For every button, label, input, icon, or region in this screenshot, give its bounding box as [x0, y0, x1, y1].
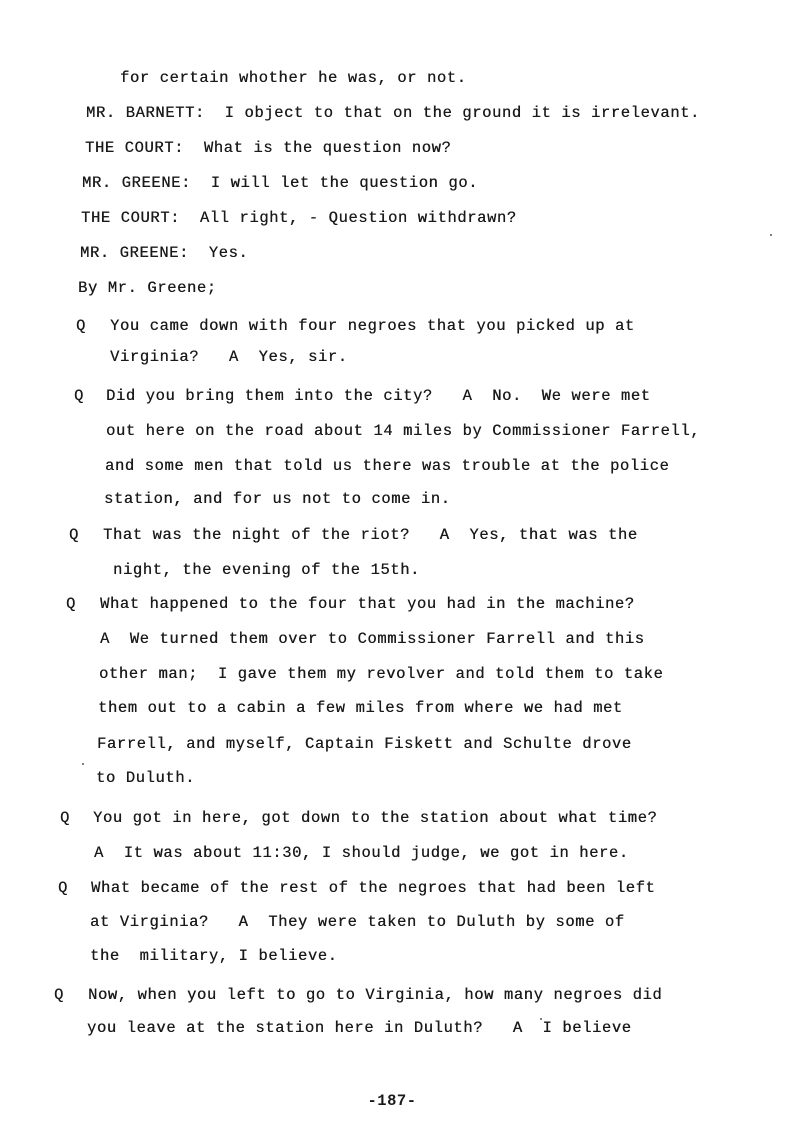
- question-marker: Q: [69, 525, 78, 545]
- page-number: -187-: [0, 1092, 784, 1110]
- transcript-line: Did you bring them into the city? A No. …: [106, 386, 651, 406]
- transcript-line: out here on the road about 14 miles by C…: [106, 421, 700, 441]
- transcript-line: That was the night of the riot? A Yes, t…: [103, 525, 638, 545]
- transcript-line: MR. BARNETT: I object to that on the gro…: [86, 103, 700, 123]
- transcript-line: for certain whother he was, or not.: [120, 68, 467, 88]
- transcript-line: night, the evening of the 15th.: [113, 560, 420, 580]
- transcript-line: THE COURT: What is the question now?: [85, 138, 451, 158]
- transcript-page: for certain whother he was, or not.MR. B…: [0, 0, 800, 1124]
- transcript-line: You came down with four negroes that you…: [110, 316, 635, 336]
- transcript-line: the military, I believe.: [90, 946, 338, 966]
- transcript-line: to Duluth.: [96, 768, 195, 788]
- transcript-line: station, and for us not to come in.: [104, 489, 451, 509]
- transcript-line: MR. GREENE: Yes.: [80, 243, 248, 263]
- question-marker: Q: [74, 386, 83, 406]
- transcript-line: A We turned them over to Commissioner Fa…: [100, 629, 645, 649]
- transcript-line: them out to a cabin a few miles from whe…: [98, 698, 623, 718]
- transcript-line: other man; I gave them my revolver and t…: [99, 664, 663, 684]
- transcript-line: THE COURT: All right, - Question withdra…: [81, 208, 517, 228]
- ink-speck: [770, 234, 772, 236]
- transcript-line: Virginia? A Yes, sir.: [110, 347, 348, 367]
- transcript-line: You got in here, got down to the station…: [93, 808, 657, 828]
- transcript-line: What became of the rest of the negroes t…: [91, 878, 655, 898]
- transcript-line: What happened to the four that you had i…: [100, 594, 635, 614]
- question-marker: Q: [54, 985, 63, 1005]
- transcript-line: A It was about 11:30, I should judge, we…: [94, 843, 629, 863]
- transcript-line: Now, when you left to go to Virginia, ho…: [88, 985, 662, 1005]
- transcript-line: and some men that told us there was trou…: [105, 456, 669, 476]
- question-marker: Q: [58, 878, 67, 898]
- transcript-line: you leave at the station here in Duluth?…: [87, 1018, 632, 1038]
- question-marker: Q: [60, 808, 69, 828]
- question-marker: Q: [76, 316, 85, 336]
- transcript-line: at Virginia? A They were taken to Duluth…: [90, 912, 625, 932]
- ink-speck: [82, 763, 84, 765]
- transcript-line: By Mr. Greene;: [78, 278, 217, 298]
- ink-speck: [540, 1018, 542, 1020]
- question-marker: Q: [66, 594, 75, 614]
- transcript-line: MR. GREENE: I will let the question go.: [82, 173, 478, 193]
- transcript-line: Farrell, and myself, Captain Fiskett and…: [97, 734, 632, 754]
